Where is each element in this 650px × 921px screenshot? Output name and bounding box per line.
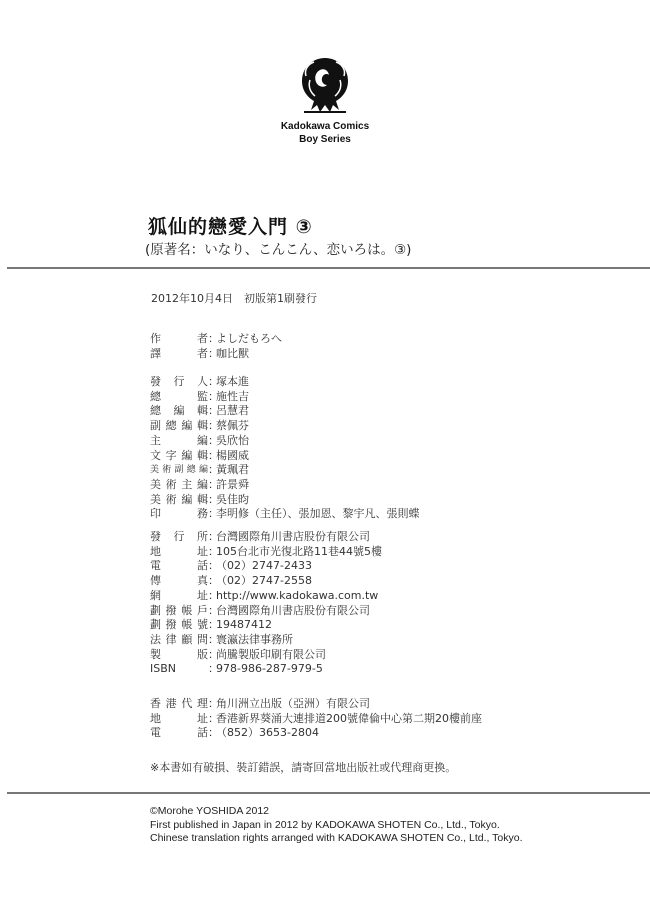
publisher-row: 發行所：台灣國際角川書店股份有限公司 <box>150 530 382 545</box>
divider-bottom <box>7 792 650 794</box>
phoenix-emblem-icon <box>290 50 360 120</box>
publisher-row: 網址：http://www.kadokawa.com.tw <box>150 589 382 604</box>
publisher-key: 發行所 <box>150 530 208 545</box>
staff-key: 印務 <box>150 507 208 522</box>
publisher-value: 105台北市光復北路11巷44號5樓 <box>216 545 382 560</box>
hk-agent-key: 電話 <box>150 726 208 741</box>
publisher-key: 網址 <box>150 589 208 604</box>
publisher-key: 法律顧問 <box>150 633 208 648</box>
staff-value: 楊國威 <box>216 449 249 464</box>
hk-agent-value: 香港新界葵涌大連排道200號偉倫中心第二期20樓前座 <box>216 712 482 727</box>
publisher-value: （02）2747-2558 <box>216 574 312 589</box>
publisher-key: 傳真 <box>150 574 208 589</box>
publisher-row: 電話：（02）2747-2433 <box>150 559 382 574</box>
publisher-key: 劃撥帳號 <box>150 618 208 633</box>
credit-key: 譯 者 <box>150 347 208 362</box>
copyright-block: ©Morohe YOSHIDA 2012 First published in … <box>150 805 523 846</box>
translation-rights-line: Chinese translation rights arranged with… <box>150 832 523 846</box>
copyright-line: ©Morohe YOSHIDA 2012 <box>150 805 523 819</box>
staff-value: 蔡佩芬 <box>216 419 249 434</box>
staff-value: 李明修（主任）、張加恩、黎宇凡、張則蝶 <box>216 507 420 522</box>
publisher-logo: Kadokawa Comics Boy Series <box>0 50 650 146</box>
publisher-row: 法律顧問：寰瀛法律事務所 <box>150 633 382 648</box>
divider-top <box>7 267 650 269</box>
staff-row: 發行人：塚本進 <box>150 375 420 390</box>
hk-agent-block: 香港代理：角川洲立出版（亞洲）有限公司 地址：香港新界葵涌大連排道200號偉倫中… <box>150 697 482 741</box>
staff-row: 美術副總編：黃珮君 <box>150 463 420 478</box>
publisher-value: 尚騰製版印刷有限公司 <box>216 648 326 663</box>
staff-key: 美術編輯 <box>150 493 208 508</box>
publisher-key: 電話 <box>150 559 208 574</box>
staff-row: 總監：施性吉 <box>150 390 420 405</box>
staff-value: 塚本進 <box>216 375 249 390</box>
staff-key: 文字編輯 <box>150 449 208 464</box>
hk-agent-value: 角川洲立出版（亞洲）有限公司 <box>216 697 370 712</box>
credit-row: 譯 者：咖比獸 <box>150 347 282 362</box>
logo-line-2: Boy Series <box>0 133 650 146</box>
staff-key: 總編輯 <box>150 404 208 419</box>
staff-block: 發行人：塚本進 總監：施性吉 總編輯：呂慧君 副總編輯：蔡佩芬 主編：吳欣怡 文… <box>150 375 420 522</box>
credit-value: 咖比獸 <box>216 347 249 362</box>
staff-key: 發行人 <box>150 375 208 390</box>
publisher-row: ISBN：978-986-287-979-5 <box>150 662 382 677</box>
isbn-value: 978-986-287-979-5 <box>216 662 323 677</box>
staff-value: 吳欣怡 <box>216 434 249 449</box>
credit-key: 作 者 <box>150 332 208 347</box>
staff-key: 主編 <box>150 434 208 449</box>
staff-row: 總編輯：呂慧君 <box>150 404 420 419</box>
credit-row: 作 者：よしだもろへ <box>150 332 282 347</box>
hk-agent-row: 香港代理：角川洲立出版（亞洲）有限公司 <box>150 697 482 712</box>
publisher-value: 19487412 <box>216 618 272 633</box>
staff-value: 許景舜 <box>216 478 249 493</box>
original-title: (原著名：いなり、こんこん、恋いろは。③) <box>145 238 411 258</box>
staff-row: 美術主編：許景舜 <box>150 478 420 493</box>
publisher-row: 製版：尚騰製版印刷有限公司 <box>150 648 382 663</box>
staff-value: 吳佳昀 <box>216 493 249 508</box>
staff-key: 副總編輯 <box>150 419 208 434</box>
staff-row: 印務：李明修（主任）、張加恩、黎宇凡、張則蝶 <box>150 507 420 522</box>
staff-key: 美術主編 <box>150 478 208 493</box>
hk-agent-row: 電話：（852）3653-2804 <box>150 726 482 741</box>
credits-block: 作 者：よしだもろへ 譯 者：咖比獸 <box>150 332 282 361</box>
first-published-line: First published in Japan in 2012 by KADO… <box>150 819 523 833</box>
staff-row: 文字編輯：楊國威 <box>150 449 420 464</box>
publisher-row: 地址：105台北市光復北路11巷44號5樓 <box>150 545 382 560</box>
staff-value: 呂慧君 <box>216 404 249 419</box>
logo-line-1: Kadokawa Comics <box>0 120 650 133</box>
staff-row: 副總編輯：蔡佩芬 <box>150 419 420 434</box>
publisher-value: （02）2747-2433 <box>216 559 312 574</box>
staff-value: 施性吉 <box>216 390 249 405</box>
publisher-key: ISBN <box>150 662 208 677</box>
publisher-block: 發行所：台灣國際角川書店股份有限公司 地址：105台北市光復北路11巷44號5樓… <box>150 530 382 677</box>
hk-agent-row: 地址：香港新界葵涌大連排道200號偉倫中心第二期20樓前座 <box>150 712 482 727</box>
hk-agent-value: （852）3653-2804 <box>216 726 319 741</box>
publisher-key: 地址 <box>150 545 208 560</box>
credit-value: よしだもろへ <box>216 332 282 347</box>
publisher-value: 寰瀛法律事務所 <box>216 633 293 648</box>
publisher-key: 製版 <box>150 648 208 663</box>
hk-agent-key: 香港代理 <box>150 697 208 712</box>
staff-value: 黃珮君 <box>216 463 249 478</box>
hk-agent-key: 地址 <box>150 712 208 727</box>
publisher-row: 傳真：（02）2747-2558 <box>150 574 382 589</box>
staff-key: 總監 <box>150 390 208 405</box>
book-title: 狐仙的戀愛入門 ③ <box>148 212 313 239</box>
staff-row: 美術編輯：吳佳昀 <box>150 493 420 508</box>
publisher-value: 台灣國際角川書店股份有限公司 <box>216 604 370 619</box>
publisher-value: 台灣國際角川書店股份有限公司 <box>216 530 370 545</box>
edition-date: 2012年10月4日 初版第1刷發行 <box>151 290 317 306</box>
website-link[interactable]: http://www.kadokawa.com.tw <box>216 589 378 604</box>
publisher-row: 劃撥帳號：19487412 <box>150 618 382 633</box>
publisher-row: 劃撥帳戶：台灣國際角川書店股份有限公司 <box>150 604 382 619</box>
staff-row: 主編：吳欣怡 <box>150 434 420 449</box>
damage-notice: ※本書如有破損、裝訂錯誤，請寄回當地出版社或代理商更換。 <box>150 759 456 775</box>
staff-key: 美術副總編 <box>150 463 208 478</box>
publisher-key: 劃撥帳戶 <box>150 604 208 619</box>
